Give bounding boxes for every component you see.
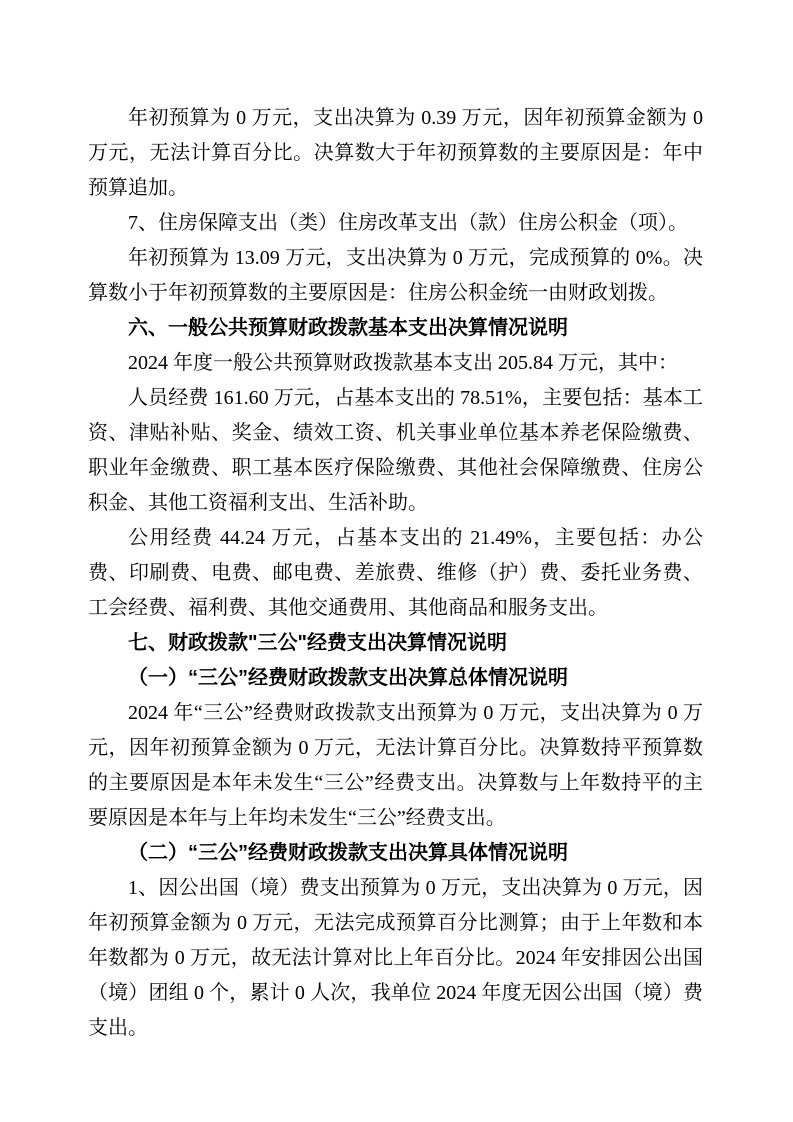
paragraph-overseas-travel-expense: 1、因公出国（境）费支出预算为 0 万元，支出决算为 0 万元，因年初预算金额为… xyxy=(88,871,703,1046)
paragraph-item-7-housing: 7、住房保障支出（类）住房改革支出（款）住房公积金（项）。 xyxy=(88,206,703,241)
paragraph-three-public-overall: 2024 年“三公”经费财政拨款支出预算为 0 万元，支出决算为 0 万元，因年… xyxy=(88,696,703,836)
subsection-heading-7-2-specific: （二）“三公”经费财政拨款支出决算具体情况说明 xyxy=(88,836,703,871)
subsection-heading-7-1-overall: （一）“三公”经费财政拨款支出决算总体情况说明 xyxy=(88,661,703,696)
paragraph-basic-expenditure-total: 2024 年度一般公共预算财政拨款基本支出 205.84 万元，其中： xyxy=(88,346,703,381)
paragraph-housing-fund-note: 年初预算为 13.09 万元，支出决算为 0 万元，完成预算的 0%。决算数小于… xyxy=(88,241,703,311)
paragraph-public-expense: 公用经费 44.24 万元，占基本支出的 21.49%，主要包括：办公费、印刷费… xyxy=(88,521,703,626)
document-page: 年初预算为 0 万元，支出决算为 0.39 万元，因年初预算金额为 0 万元，无… xyxy=(0,0,793,1122)
paragraph-personnel-expense: 人员经费 161.60 万元，占基本支出的 78.51%，主要包括：基本工资、津… xyxy=(88,381,703,521)
section-heading-7-three-public-funds: 七、财政拨款"三公"经费支出决算情况说明 xyxy=(88,626,703,661)
section-heading-6-basic-expenditure: 六、一般公共预算财政拨款基本支出决算情况说明 xyxy=(88,311,703,346)
paragraph-budget-variance-note: 年初预算为 0 万元，支出决算为 0.39 万元，因年初预算金额为 0 万元，无… xyxy=(88,101,703,206)
